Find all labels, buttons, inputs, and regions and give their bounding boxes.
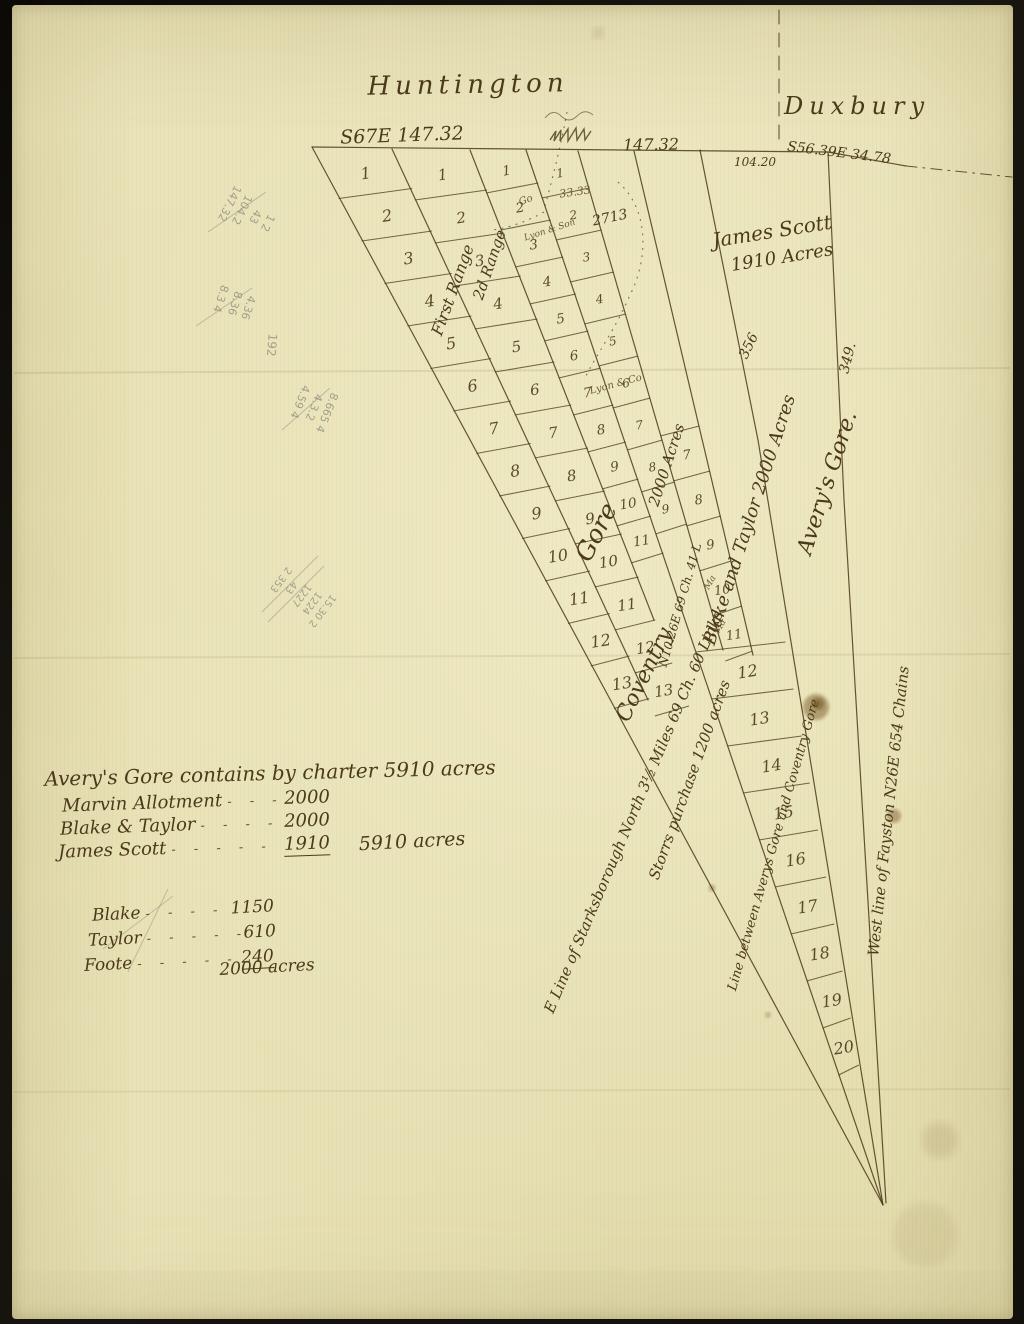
survey-lines (312, 10, 1012, 1205)
lot-number: 11 (568, 587, 591, 609)
lot-number: 7 (547, 423, 560, 442)
lot-number: 7 (634, 418, 644, 433)
lot-number: 1 (437, 165, 449, 184)
town-label-huntington: Huntington (367, 70, 569, 100)
lot-number: 3 (402, 248, 415, 268)
lot-number: 4 (594, 292, 605, 307)
lot-number: 13 (748, 708, 771, 730)
lot-number: 8 (694, 493, 705, 509)
lot-number: 17 (796, 895, 820, 917)
lot-number: 9 (705, 537, 716, 553)
division-value: 1150 (230, 896, 274, 918)
dash-leader: - - - - - (195, 816, 284, 834)
lot-number: 12 (589, 630, 612, 652)
lot-number: 12 (736, 661, 759, 683)
lot-number: 6 (466, 376, 479, 396)
lot-number: 8 (596, 422, 607, 439)
dash-leader: - - - - (222, 793, 285, 810)
lot-number: 20 (831, 1037, 855, 1059)
lot-number: 16 (784, 849, 807, 871)
lot-number: 7 (682, 447, 693, 463)
bearing-top-left: S67E 147.32 (340, 124, 464, 147)
lot-number: 10 (546, 545, 569, 567)
lot-number: 6 (529, 380, 542, 399)
lot-number: 4 (541, 274, 553, 291)
lot-number: 2 (454, 208, 467, 227)
survey-drawing: 1234567891011121312345678910111213123456… (12, 5, 1013, 1319)
line-d (526, 150, 883, 1205)
lot-grid: 1234567891011121312345678910111213123456… (339, 163, 859, 1075)
lot-number: 5 (608, 334, 618, 349)
dash-leader: - - - - - - (166, 839, 284, 858)
lot-number: 8 (566, 466, 578, 485)
division-name: Taylor (88, 928, 143, 951)
lot-number: 11 (725, 627, 744, 644)
dashed-extension (906, 166, 1012, 177)
division-total: 2000 acres (219, 957, 315, 979)
lot-number: 8 (509, 461, 522, 481)
lot-number: 5 (555, 311, 566, 328)
north-boundary (312, 147, 828, 152)
division-name: Foote (84, 953, 133, 975)
lot-number: 9 (609, 459, 620, 476)
division-name: Blake (92, 903, 141, 926)
lot-number: 10 (598, 551, 620, 572)
lot-number: 14 (760, 755, 783, 777)
scanned-survey-map: 1234567891011121312345678910111213123456… (0, 0, 1024, 1324)
lot-number: 6 (569, 348, 580, 365)
lot-number: 5 (445, 333, 458, 353)
distance-scott-frontage: 104.20 (734, 156, 776, 168)
lot-number: 2 (380, 206, 394, 227)
lot-number: 1 (359, 163, 372, 183)
lot-number: 1 (555, 166, 565, 181)
town-label-duxbury: Duxbury (784, 94, 930, 118)
lot-number: 18 (808, 943, 831, 965)
pencil-scribble-192: 192 (262, 333, 280, 357)
lot-number: 9 (530, 503, 543, 523)
allotment-value: 2000 (284, 786, 331, 809)
lot-number: 11 (632, 532, 651, 550)
lot-number: 4 (491, 294, 504, 313)
division-value: 610 (243, 921, 276, 943)
lot-number: 19 (820, 990, 843, 1012)
lot-number: 1 (501, 163, 512, 180)
lot-number: 4 (422, 291, 436, 312)
allotment-value: 2000 (284, 809, 331, 832)
distance-top-mid: 147.32 (623, 137, 679, 154)
lot-number: 3 (582, 250, 592, 265)
line-356 (700, 150, 883, 1205)
allotment-value: 1910 (284, 832, 331, 857)
lot-number: 11 (616, 594, 638, 615)
lot-number: 7 (487, 418, 501, 438)
allotment-name: James Scott (58, 838, 167, 863)
map-paper: 1234567891011121312345678910111213123456… (12, 5, 1013, 1319)
lot-number: 5 (510, 337, 522, 356)
hatch-squiggle (550, 128, 591, 141)
